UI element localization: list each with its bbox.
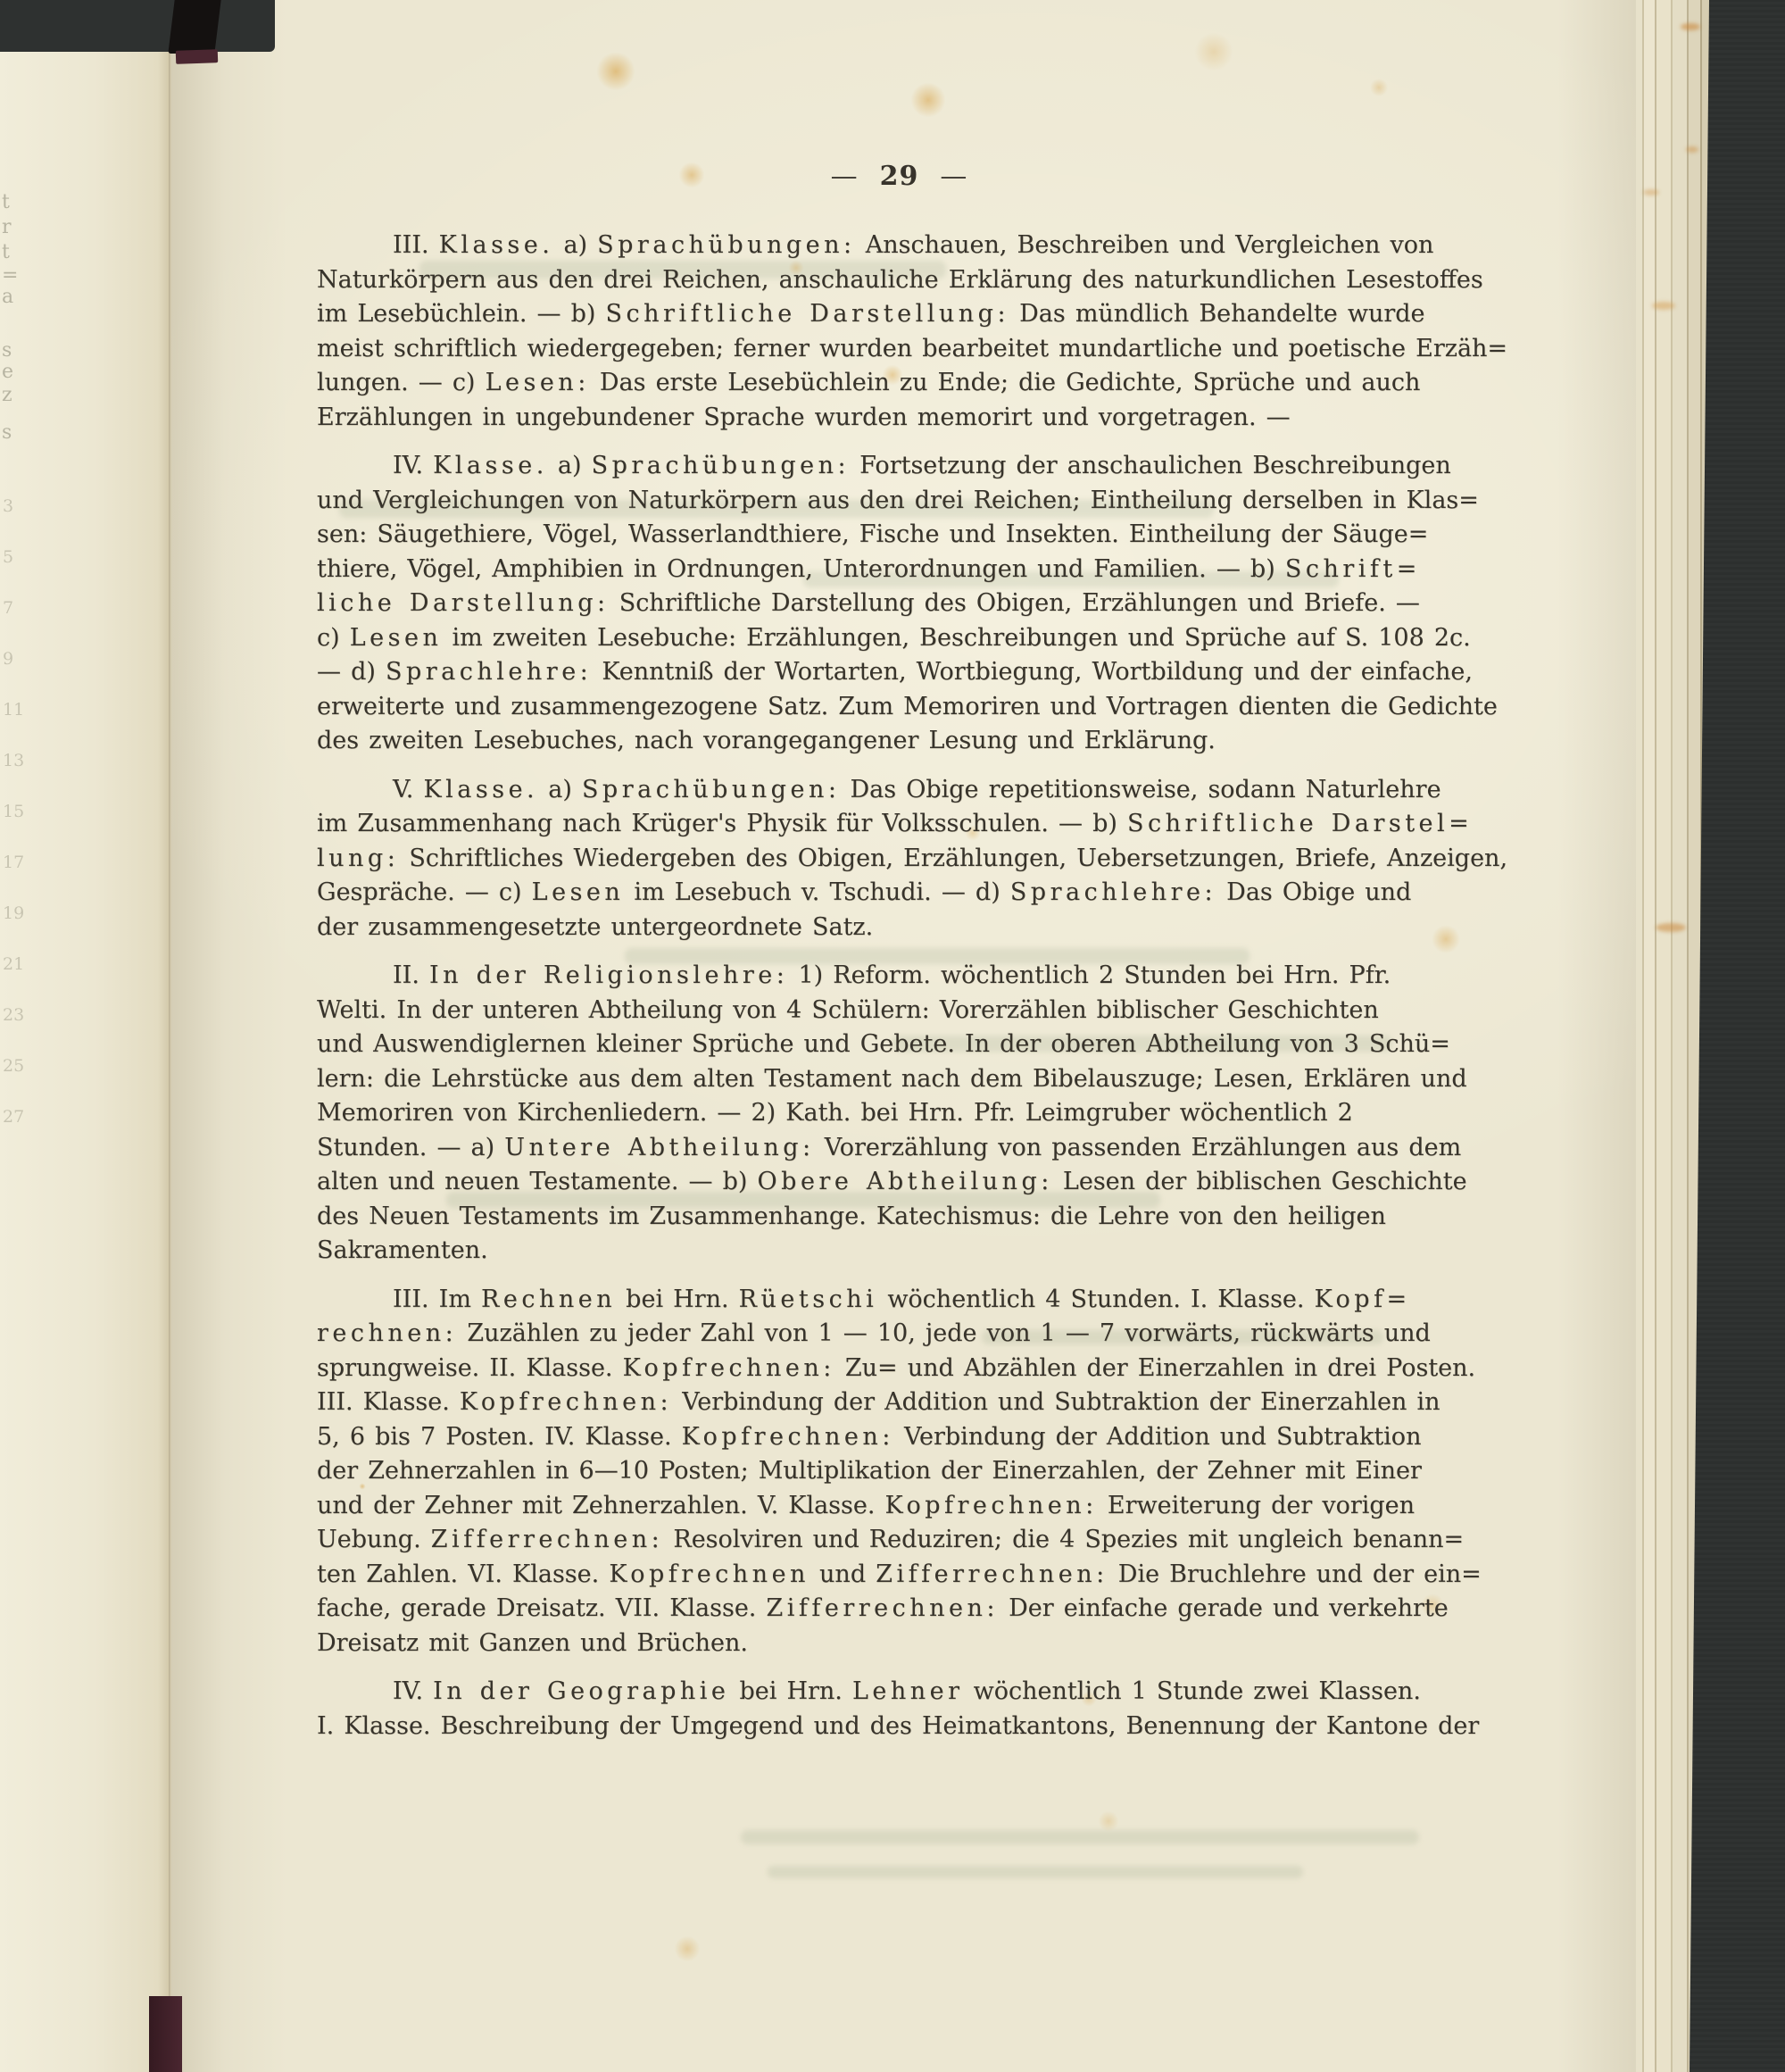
facing-page-edge: trt=asezs 3579111315171921232527 — [0, 0, 171, 2072]
margin-fragment-number: 23 — [3, 1005, 24, 1025]
text-segment: Schriftliche Darstellung des Obigen, Erz… — [610, 589, 1420, 617]
foxing-stain — [1187, 25, 1241, 79]
margin-fragment-letter: r — [2, 216, 12, 238]
text-segment: im Zusammenhang nach Krüger's Physik für… — [317, 810, 1127, 837]
edge-stain — [1656, 923, 1686, 932]
text-segment: 1) Reform. wöchentlich 2 Stunden bei Hrn… — [788, 961, 1391, 989]
emphasized-text: Untere Abtheilung: — [504, 1134, 814, 1161]
text-segment: Schriftliches Wiedergeben des Obigen, Er… — [399, 845, 1507, 872]
text-segment: erweiterte und zusammengezogene Satz. Zu… — [317, 693, 1498, 720]
text-segment: Dreisatz mit Ganzen und Brüchen. — [317, 1629, 748, 1657]
foxing-stain — [1366, 75, 1391, 100]
emphasized-text: Sprachlehre: — [1010, 878, 1216, 906]
text-line: im Zusammenhang nach Krüger's Physik für… — [317, 807, 1486, 842]
margin-fragment-letter: s — [2, 421, 12, 444]
page-number-row: —29— — [317, 161, 1482, 192]
paragraph: III. Klasse. a) Sprachübungen: Anschauen… — [317, 229, 1486, 435]
bookmark-ribbon — [168, 0, 220, 54]
text-segment: Anschauen, Beschreiben und Vergleichen v… — [856, 231, 1434, 259]
emphasized-text: Zifferrechnen: — [766, 1594, 999, 1622]
text-line: im Lesebüchlein. — b) Schriftliche Darst… — [317, 297, 1486, 332]
text-segment: Vorerzählung von passenden Erzählungen a… — [815, 1134, 1462, 1161]
text-segment: lern: die Lehrstücke aus dem alten Testa… — [317, 1065, 1467, 1093]
foxing-stain — [669, 1931, 705, 1967]
text-line: Memoriren von Kirchenliedern. — 2) Kath.… — [317, 1096, 1486, 1131]
text-segment: c) — [317, 624, 350, 652]
emphasized-text: Sprachübungen: — [592, 452, 851, 479]
foxing-stain — [589, 45, 643, 98]
text-line: Sakramenten. — [317, 1234, 1486, 1269]
page-number-dash-right: — — [918, 161, 989, 192]
text-segment: 5, 6 bis 7 Posten. IV. Klasse. — [317, 1423, 682, 1451]
margin-fragment-number: 9 — [3, 649, 13, 669]
edge-stain — [1643, 189, 1659, 196]
emphasized-text: In der Religionslehre: — [429, 961, 788, 989]
text-segment: und der Zehner mit Zehnerzahlen. V. Klas… — [317, 1492, 885, 1519]
emphasized-text: Rüetschi — [739, 1286, 878, 1313]
emphasized-text: Zifferrechnen: — [876, 1560, 1108, 1588]
emphasized-text: Lesen: — [486, 369, 590, 396]
foxing-stain — [1094, 1807, 1123, 1835]
emphasized-text: Kopfrechnen — [609, 1560, 809, 1588]
text-segment: a) — [548, 452, 592, 479]
emphasized-text: rechnen: — [317, 1319, 457, 1347]
margin-fragment-number: 3 — [3, 496, 13, 516]
edge-stain — [1681, 23, 1700, 30]
text-segment: Sakramenten. — [317, 1236, 488, 1264]
text-line: ten Zahlen. VI. Klasse. Kopfrechnen und … — [317, 1558, 1486, 1593]
text-segment: wöchentlich 1 Stunde zwei Klassen. — [964, 1677, 1421, 1705]
emphasized-text: Sprachübungen: — [597, 231, 856, 259]
text-line: I. Klasse. Beschreibung der Umgegend und… — [317, 1710, 1486, 1744]
text-line: II. In der Religionslehre: 1) Reform. wö… — [317, 959, 1486, 994]
margin-fragment-letter: t — [2, 241, 10, 263]
text-segment: sprungweise. II. Klasse. — [317, 1354, 623, 1382]
text-line: Gespräche. — c) Lesen im Lesebuch v. Tsc… — [317, 876, 1486, 911]
text-segment: IV. — [393, 1677, 433, 1705]
text-line: des zweiten Lesebuches, nach vorangegang… — [317, 724, 1486, 759]
text-line: IV. In der Geographie bei Hrn. Lehner wö… — [317, 1675, 1486, 1710]
text-segment: im zweiten Lesebuche: Erzählungen, Besch… — [442, 624, 1470, 652]
emphasized-text: Klasse. — [433, 452, 548, 479]
margin-fragment-letter: z — [2, 384, 12, 406]
margin-fragment-letter: = — [2, 264, 18, 287]
page-text: III. Klasse. a) Sprachübungen: Anschauen… — [317, 229, 1486, 1758]
text-segment: Erweiterung der vorigen — [1098, 1492, 1415, 1519]
text-line: c) Lesen im zweiten Lesebuche: Erzählung… — [317, 621, 1486, 656]
emphasized-text: Sprachübungen: — [582, 776, 841, 803]
text-segment: Welti. In der unteren Abtheilung von 4 S… — [317, 996, 1379, 1024]
emphasized-text: Kopfrechnen: — [885, 1492, 1098, 1519]
emphasized-text: Klasse. — [423, 776, 538, 803]
text-line: Naturkörpern aus den drei Reichen, ansch… — [317, 263, 1486, 298]
text-segment: Verbindung der Addition und Subtraktion … — [672, 1388, 1440, 1416]
margin-fragment-number: 15 — [3, 802, 24, 821]
emphasized-text: Lehner — [852, 1677, 964, 1705]
text-line: — d) Sprachlehre: Kenntniß der Wortarten… — [317, 655, 1486, 690]
text-segment: III. Im — [393, 1286, 481, 1313]
text-segment: II. — [393, 961, 429, 989]
text-line: alten und neuen Testamente. — b) Obere A… — [317, 1165, 1486, 1200]
emphasized-text: Klasse. — [439, 231, 554, 259]
text-segment: a) — [553, 231, 597, 259]
margin-fragment-letter: e — [2, 361, 13, 383]
text-segment: bei Hrn. — [729, 1677, 852, 1705]
text-segment: Lesen der biblischen Geschichte — [1053, 1168, 1467, 1195]
text-segment: der Zehnerzahlen in 6—10 Posten; Multipl… — [317, 1457, 1422, 1485]
text-segment: Verbindung der Addition und Subtraktion — [894, 1423, 1422, 1451]
text-segment: a) — [538, 776, 582, 803]
emphasized-text: Schriftliche Darstel= — [1127, 810, 1473, 837]
text-segment: sen: Säugethiere, Vögel, Wasserlandthier… — [317, 520, 1428, 548]
photo-backdrop-top-left — [0, 0, 275, 52]
margin-fragment-number: 11 — [3, 700, 24, 720]
text-line: III. Klasse. Kopfrechnen: Verbindung der… — [317, 1385, 1486, 1420]
book-cover-edge-bottom — [149, 1996, 182, 2072]
margin-fragment-number: 21 — [3, 954, 24, 974]
text-segment: Kenntniß der Wortarten, Wortbiegung, Wor… — [592, 658, 1473, 686]
emphasized-text: Schrift= — [1285, 555, 1421, 583]
text-line: IV. Klasse. a) Sprachübungen: Fortsetzun… — [317, 449, 1486, 484]
text-segment: Uebung. — [317, 1526, 431, 1553]
margin-fragment-number: 5 — [3, 547, 13, 567]
text-line: der zusammengesetzte untergeordnete Satz… — [317, 911, 1486, 945]
text-line: 5, 6 bis 7 Posten. IV. Klasse. Kopfrechn… — [317, 1420, 1486, 1455]
text-segment: meist schriftlich wiedergegeben; ferner … — [317, 335, 1507, 362]
ghost-text-bar — [741, 1830, 1419, 1844]
paragraph: IV. Klasse. a) Sprachübungen: Fortsetzun… — [317, 449, 1486, 759]
text-segment: Die Bruchlehre und der ein= — [1108, 1560, 1482, 1588]
text-segment: wöchentlich 4 Stunden. I. Klasse. — [877, 1286, 1314, 1313]
scanned-book-page-photo: trt=asezs 3579111315171921232527 —29— II… — [0, 0, 1785, 2072]
text-segment: Memoriren von Kirchenliedern. — 2) Kath.… — [317, 1099, 1353, 1127]
page-number-dash-left: — — [809, 161, 880, 192]
text-segment: im Lesebüchlein. — b) — [317, 300, 606, 328]
margin-fragment-number: 19 — [3, 903, 24, 923]
text-segment: Das Obige und — [1216, 878, 1411, 906]
text-segment: bei Hrn. — [616, 1286, 739, 1313]
text-segment: lungen. — c) — [317, 369, 486, 396]
text-segment: Naturkörpern aus den drei Reichen, ansch… — [317, 266, 1483, 294]
text-line: Erzählungen in ungebundener Sprache wurd… — [317, 401, 1486, 436]
text-segment: Das mündlich Behandelte wurde — [1009, 300, 1424, 328]
text-line: V. Klasse. a) Sprachübungen: Das Obige r… — [317, 773, 1486, 808]
edge-stain — [1652, 302, 1675, 310]
foxing-stain — [904, 76, 952, 124]
emphasized-text: liche Darstellung: — [317, 589, 610, 617]
paragraph: V. Klasse. a) Sprachübungen: Das Obige r… — [317, 773, 1486, 945]
text-line: erweiterte und zusammengezogene Satz. Zu… — [317, 690, 1486, 725]
margin-fragment-number: 13 — [3, 751, 24, 770]
text-segment: IV. — [393, 452, 433, 479]
paragraph: III. Im Rechnen bei Hrn. Rüetschi wöchen… — [317, 1283, 1486, 1661]
text-segment: Der einfache gerade und verkehrte — [999, 1594, 1449, 1622]
text-segment: des Neuen Testaments im Zusammenhange. K… — [317, 1202, 1386, 1230]
text-segment: des zweiten Lesebuches, nach vorangegang… — [317, 727, 1216, 754]
text-line: liche Darstellung: Schriftliche Darstell… — [317, 587, 1486, 621]
text-segment: Zuzählen zu jeder Zahl von 1 — 10, jede … — [457, 1319, 1431, 1347]
text-segment: ten Zahlen. VI. Klasse. — [317, 1560, 609, 1588]
text-line: Welti. In der unteren Abtheilung von 4 S… — [317, 994, 1486, 1028]
text-segment: Das Obige repetitionsweise, sodann Natur… — [840, 776, 1440, 803]
text-line: meist schriftlich wiedergegeben; ferner … — [317, 332, 1486, 367]
edge-stain — [1686, 146, 1698, 153]
text-line: sprungweise. II. Klasse. Kopfrechnen: Zu… — [317, 1352, 1486, 1386]
ghost-text-bar — [768, 1866, 1303, 1878]
text-segment: Resolviren und Reduziren; die 4 Spezies … — [663, 1526, 1464, 1553]
text-line: sen: Säugethiere, Vögel, Wasserlandthier… — [317, 518, 1486, 553]
margin-fragment-number: 25 — [3, 1056, 24, 1076]
text-line: thiere, Vögel, Amphibien in Ordnungen, U… — [317, 553, 1486, 587]
text-segment: V. — [393, 776, 423, 803]
text-line: des Neuen Testaments im Zusammenhange. K… — [317, 1200, 1486, 1235]
emphasized-text: Kopfrechnen: — [460, 1388, 672, 1416]
text-segment: alten und neuen Testamente. — b) — [317, 1168, 758, 1195]
text-segment: und Auswendiglernen kleiner Sprüche und … — [317, 1030, 1450, 1058]
text-segment: Stunden. — a) — [317, 1134, 504, 1161]
text-line: Dreisatz mit Ganzen und Brüchen. — [317, 1627, 1486, 1661]
emphasized-text: Lesen — [350, 624, 443, 652]
text-segment: III. — [393, 231, 439, 259]
margin-fragment-letter: s — [2, 339, 12, 362]
text-segment: im Lesebuch v. Tschudi. — d) — [624, 878, 1010, 906]
text-segment: Fortsetzung der anschaulichen Beschreibu… — [850, 452, 1451, 479]
emphasized-text: Lesen — [532, 878, 625, 906]
margin-fragment-number: 17 — [3, 853, 24, 872]
margin-fragment-letter: a — [2, 286, 13, 308]
page-number: 29 — [880, 161, 919, 192]
text-line: und der Zehner mit Zehnerzahlen. V. Klas… — [317, 1489, 1486, 1524]
text-line: III. Klasse. a) Sprachübungen: Anschauen… — [317, 229, 1486, 263]
text-segment: Gespräche. — c) — [317, 878, 532, 906]
text-segment: I. Klasse. Beschreibung der Umgegend und… — [317, 1712, 1479, 1740]
paragraph: II. In der Religionslehre: 1) Reform. wö… — [317, 959, 1486, 1269]
text-segment: Das erste Lesebüchlein zu Ende; die Gedi… — [590, 369, 1421, 396]
text-line: lern: die Lehrstücke aus dem alten Testa… — [317, 1062, 1486, 1097]
text-segment: Erzählungen in ungebundener Sprache wurd… — [317, 404, 1291, 431]
text-segment: thiere, Vögel, Amphibien in Ordnungen, U… — [317, 555, 1285, 583]
text-line: lungen. — c) Lesen: Das erste Lesebüchle… — [317, 366, 1486, 401]
text-line: und Vergleichungen von Naturkörpern aus … — [317, 484, 1486, 519]
text-segment: III. Klasse. — [317, 1388, 460, 1416]
text-segment: und Vergleichungen von Naturkörpern aus … — [317, 487, 1479, 514]
emphasized-text: Sprachlehre: — [386, 658, 592, 686]
emphasized-text: Zifferrechnen: — [431, 1526, 664, 1553]
emphasized-text: Kopfrechnen: — [682, 1423, 894, 1451]
emphasized-text: Obere Abtheilung: — [758, 1168, 1053, 1195]
margin-fragment-number: 7 — [3, 598, 13, 618]
margin-fragment-number: 27 — [3, 1107, 24, 1127]
text-segment: — d) — [317, 658, 386, 686]
emphasized-text: lung: — [317, 845, 399, 872]
text-line: lung: Schriftliches Wiedergeben des Obig… — [317, 842, 1486, 877]
text-line: III. Im Rechnen bei Hrn. Rüetschi wöchen… — [317, 1283, 1486, 1318]
text-line: Uebung. Zifferrechnen: Resolviren und Re… — [317, 1523, 1486, 1558]
emphasized-text: In der Geographie — [433, 1677, 729, 1705]
book-cover-edge-top — [176, 49, 218, 64]
text-line: rechnen: Zuzählen zu jeder Zahl von 1 — … — [317, 1317, 1486, 1352]
text-segment: fache, gerade Dreisatz. VII. Klasse. — [317, 1594, 766, 1622]
emphasized-text: Kopf= — [1315, 1286, 1411, 1313]
text-line: und Auswendiglernen kleiner Sprüche und … — [317, 1028, 1486, 1062]
text-line: Stunden. — a) Untere Abtheilung: Vorerzä… — [317, 1131, 1486, 1166]
emphasized-text: Schriftliche Darstellung: — [606, 300, 1010, 328]
emphasized-text: Rechnen — [481, 1286, 616, 1313]
text-line: fache, gerade Dreisatz. VII. Klasse. Zif… — [317, 1592, 1486, 1627]
margin-fragment-letter: t — [2, 191, 10, 213]
text-segment: der zusammengesetzte untergeordnete Satz… — [317, 913, 873, 941]
text-line: der Zehnerzahlen in 6—10 Posten; Multipl… — [317, 1454, 1486, 1489]
text-segment: Zu= und Abzählen der Einerzahlen in drei… — [835, 1354, 1475, 1382]
emphasized-text: Kopfrechnen: — [623, 1354, 835, 1382]
text-segment: und — [809, 1560, 876, 1588]
paragraph: IV. In der Geographie bei Hrn. Lehner wö… — [317, 1675, 1486, 1743]
